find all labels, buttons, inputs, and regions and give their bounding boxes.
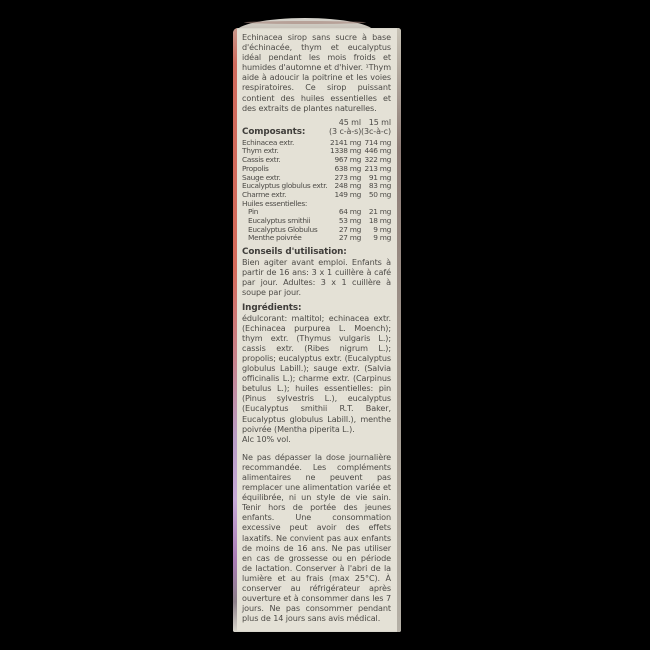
conseils-text: Bien agiter avant emploi. Enfants à part… bbox=[242, 257, 391, 297]
composants-header: Composants: 45 ml (3 c-à-s) 15 ml (3c-à-… bbox=[242, 118, 391, 137]
column-45ml: 45 ml (3 c-à-s) bbox=[329, 118, 361, 137]
product-description: Echinacea sirop sans sucre à base d'échi… bbox=[242, 32, 391, 113]
column-15ml: 15 ml (3c-à-c) bbox=[361, 118, 391, 137]
ingredients-text: édulcorant: maltitol; echinacea extr. (E… bbox=[242, 313, 391, 434]
photo-background: Echinacea sirop sans sucre à base d'échi… bbox=[0, 0, 650, 650]
warnings-text: Ne pas dépasser la dose journalière reco… bbox=[242, 452, 391, 624]
product-box-side-panel: Echinacea sirop sans sucre à base d'échi… bbox=[233, 28, 401, 632]
box-right-edge bbox=[397, 28, 401, 632]
box-left-edge-stripe bbox=[233, 28, 237, 632]
ingredients-title: Ingrédients: bbox=[242, 303, 391, 313]
composants-table: Echinacea extr.2141 mg714 mg Thym extr.1… bbox=[242, 139, 391, 243]
label-text-panel: Echinacea sirop sans sucre à base d'échi… bbox=[242, 32, 391, 632]
table-row: Menthe poivrée27 mg9 mg bbox=[242, 234, 391, 243]
alcohol-content: Alc 10% vol. bbox=[242, 434, 391, 444]
conseils-title: Conseils d'utilisation: bbox=[242, 247, 391, 257]
composants-title: Composants: bbox=[242, 127, 329, 137]
